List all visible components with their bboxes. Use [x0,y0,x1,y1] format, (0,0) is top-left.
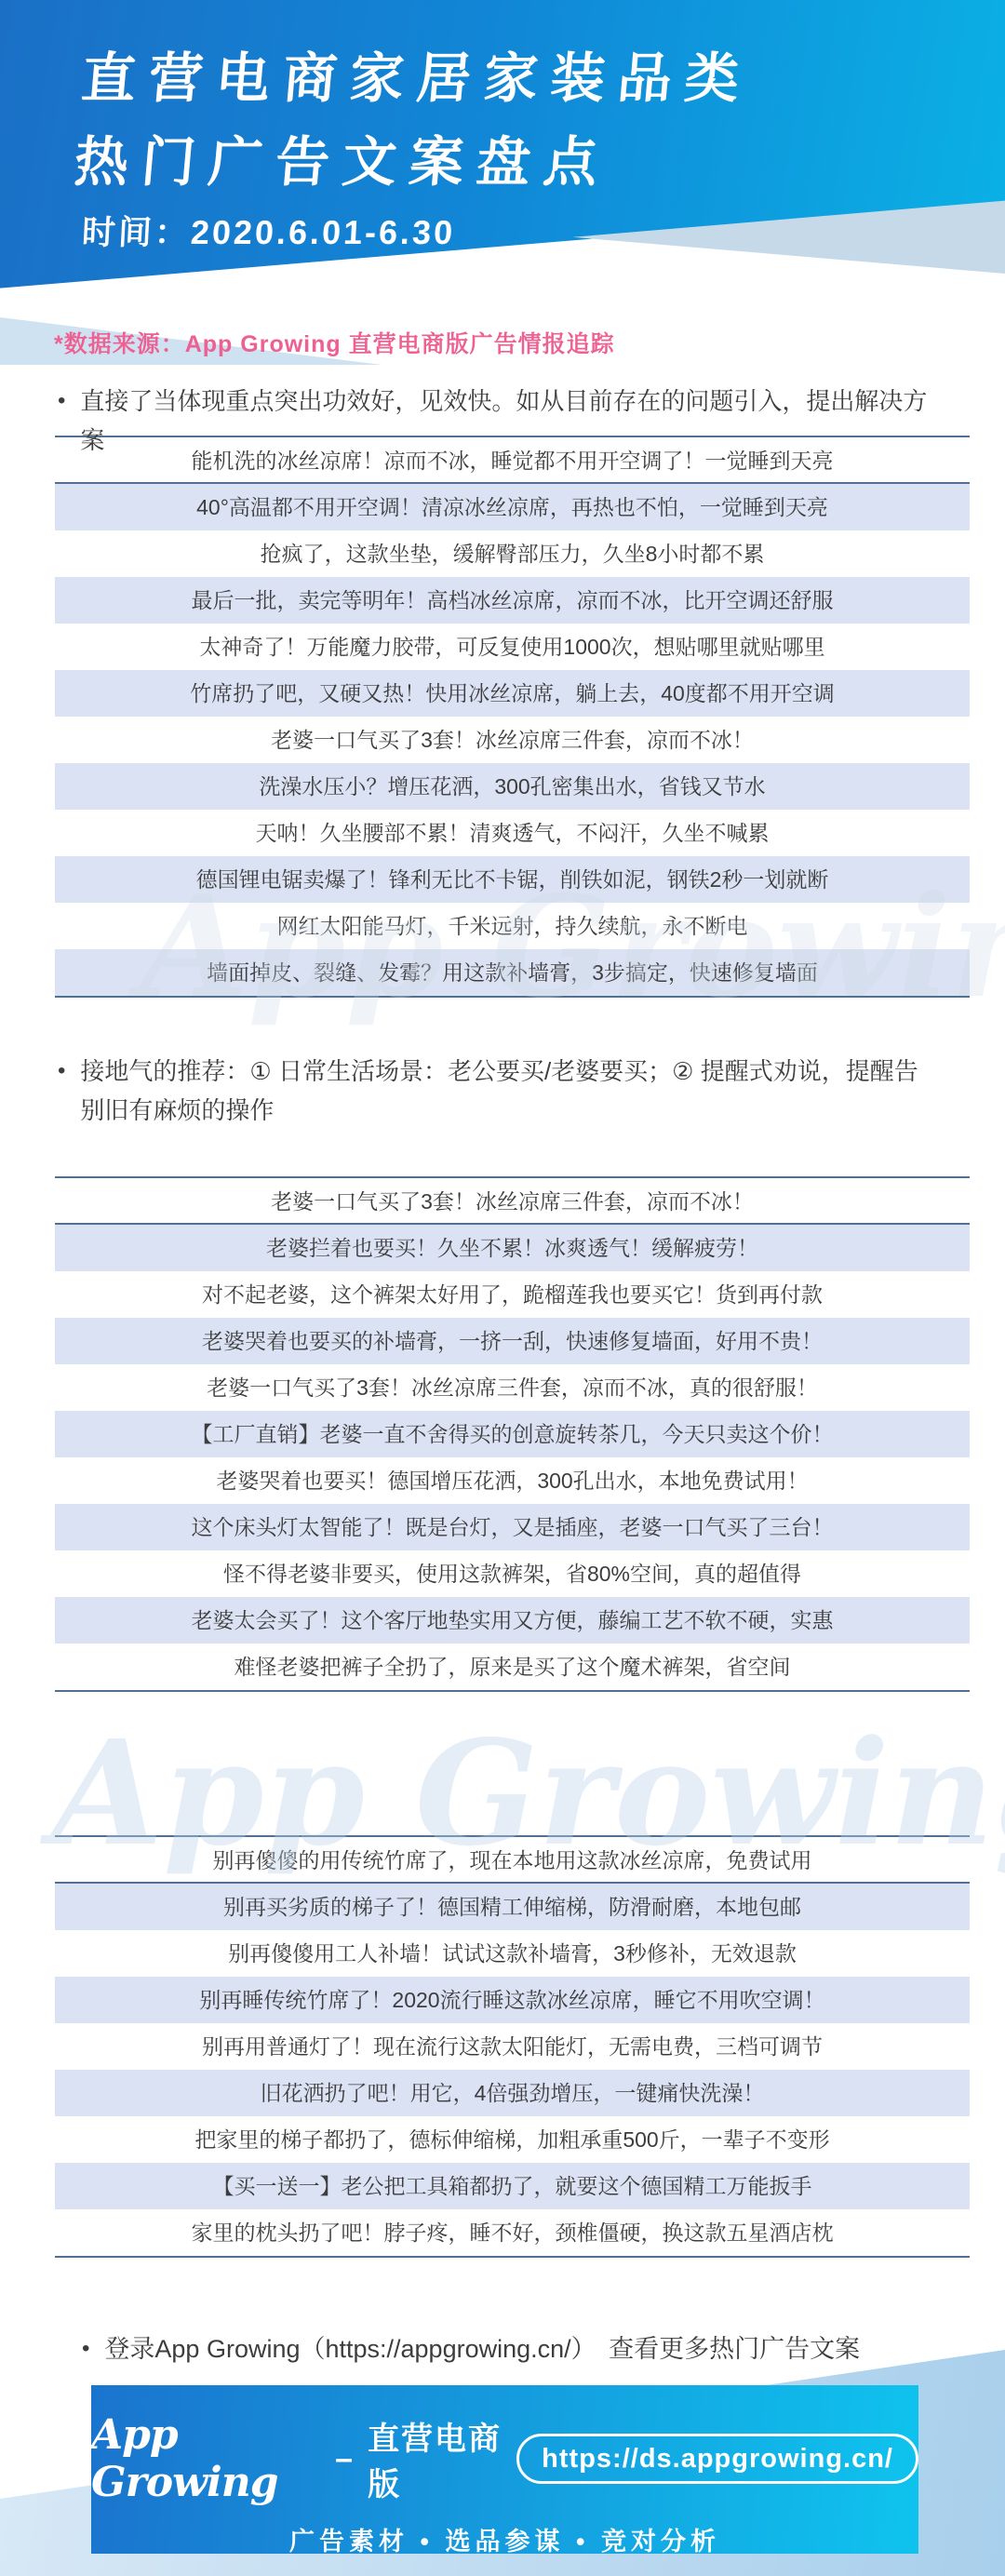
ad-copy-table-2: 老婆一口气买了3套！冰丝凉席三件套，凉而不冰！老婆拦着也要买！久坐不累！冰爽透气… [55,1176,970,1692]
bullet-dot-icon [58,1052,65,1130]
bullet-point-login-cta: 登录App Growing（https://appgrowing.cn/） 查看… [82,2329,957,2368]
app-growing-logo: App Growing [91,2411,320,2506]
poster-page: 直营电商家居家装品类 热门广告文案盘点 时间：2020.6.01-6.30 *数… [0,0,1005,2576]
table-row: 网红太阳能马灯，千米远射，持久续航，永不断电 [55,903,970,949]
table-row: 这个床头灯太智能了！既是台灯，又是插座，老婆一口气买了三台！ [55,1504,970,1550]
ad-copy-table-1: 能机洗的冰丝凉席！凉而不冰，睡觉都不用开空调了！一觉睡到天亮40°高温都不用开空… [55,436,970,998]
table-row: 老婆一口气买了3套！冰丝凉席三件套，凉而不冰！ [55,717,970,763]
date-range-label: 时间：2020.6.01-6.30 [81,215,456,250]
ad-copy-table-3: 别再傻傻的用传统竹席了，现在本地用这款冰丝凉席，免费试用别再买劣质的梯子了！德国… [55,1835,970,2258]
table-row: 老婆一口气买了3套！冰丝凉席三件套，凉而不冰，真的很舒服！ [55,1364,970,1411]
table-row: 把家里的梯子都扔了，德标伸缩梯，加粗承重500斤，一辈子不变形 [55,2116,970,2163]
table-row: 别再用普通灯了！现在流行这款太阳能灯，无需电费，三档可调节 [55,2023,970,2070]
footer-tagline: 广告素材 • 选品参谋 • 竞对分析 [289,2521,720,2557]
table-row: 洗澡水压小？增压花洒，300孔密集出水，省钱又节水 [55,763,970,810]
footer-brand-banner: App Growing – 直营电商版 https://ds.appgrowin… [91,2385,918,2554]
table-row: 太神奇了！万能魔力胶带，可反复使用1000次，想贴哪里就贴哪里 [55,624,970,670]
table-row: 最后一批，卖完等明年！高档冰丝凉席，凉而不冰，比开空调还舒服 [55,577,970,624]
table-row: 竹席扔了吧，又硬又热！快用冰丝凉席，躺上去，40度都不用开空调 [55,670,970,717]
table-row: 【买一送一】老公把工具箱都扔了，就要这个德国精工万能扳手 [55,2163,970,2209]
table-row: 老婆太会买了！这个客厅地垫实用又方便，藤编工艺不软不硬，实惠 [55,1597,970,1644]
bullet-dot-icon [82,2329,89,2368]
site-url-pill[interactable]: https://ds.appgrowing.cn/ [516,2434,918,2484]
table-row: 别再睡传统竹席了！2020流行睡这款冰丝凉席，睡它不用吹空调！ [55,1977,970,2023]
header-banner: 直营电商家居家装品类 热门广告文案盘点 时间：2020.6.01-6.30 [0,0,1005,365]
table-row: 别再傻傻的用传统竹席了，现在本地用这款冰丝凉席，免费试用 [55,1837,970,1884]
footer-banner-line1: App Growing – 直营电商版 https://ds.appgrowin… [91,2411,918,2506]
bullet-dot-icon [58,382,65,460]
table-row: 老婆哭着也要买的补墙膏，一挤一刮，快速修复墙面，好用不贵！ [55,1318,970,1364]
table-row: 抢疯了，这款坐垫，缓解臀部压力，久坐8小时都不累 [55,530,970,577]
table-row: 别再傻傻用工人补墙！试试这款补墙膏，3秒修补，无效退款 [55,1930,970,1977]
table-row: 40°高温都不用开空调！清凉冰丝凉席，再热也不怕，一觉睡到天亮 [55,484,970,530]
table-row: 别再买劣质的梯子了！德国精工伸缩梯，防滑耐磨，本地包邮 [55,1884,970,1930]
table-row: 老婆哭着也要买！德国增压花洒，300孔出水，本地免费试用！ [55,1457,970,1504]
table-row: 老婆拦着也要买！久坐不累！冰爽透气！缓解疲劳！ [55,1225,970,1271]
page-title-line2: 热门广告文案盘点 [71,121,748,205]
data-source-note: *数据来源：App Growing 直营电商版广告情报追踪 [54,331,615,357]
page-title: 直营电商家居家装品类 热门广告文案盘点 [71,37,756,205]
bullet-text: 登录App Growing（https://appgrowing.cn/） 查看… [104,2329,860,2368]
table-row: 天呐！久坐腰部不累！清爽透气，不闷汗，久坐不喊累 [55,810,970,856]
table-row: 旧花洒扔了吧！用它，4倍强劲增压，一键痛快洗澡！ [55,2070,970,2116]
table-row: 家里的枕头扔了吧！脖子疼，睡不好，颈椎僵硬，换这款五星酒店枕 [55,2209,970,2256]
table-row: 【工厂直销】老婆一直不舍得买的创意旋转茶几，今天只卖这个价！ [55,1411,970,1457]
table-row: 怪不得老婆非要买，使用这款裤架，省80%空间，真的超值得 [55,1550,970,1597]
bullet-text: 接地气的推荐：① 日常生活场景：老公要买/老婆要买；② 提醒式劝说，提醒告别旧有… [80,1052,937,1130]
bullet-text: 直接了当体现重点突出功效好，见效快。如从目前存在的问题引入，提出解决方案 [80,382,951,460]
bullet-point-relatable-recommend: 接地气的推荐：① 日常生活场景：老公要买/老婆要买；② 提醒式劝说，提醒告别旧有… [58,1052,937,1130]
table-row: 对不起老婆，这个裤架太好用了，跪榴莲我也要买它！货到再付款 [55,1271,970,1318]
page-title-line1: 直营电商家居家装品类 [78,37,756,121]
logo-separator: – [335,2441,353,2477]
table-row: 老婆一口气买了3套！冰丝凉席三件套，凉而不冰！ [55,1178,970,1225]
bullet-point-direct-benefit: 直接了当体现重点突出功效好，见效快。如从目前存在的问题引入，提出解决方案 [58,382,951,460]
table-row: 难怪老婆把裤子全扔了，原来是买了这个魔术裤架，省空间 [55,1644,970,1690]
edition-label: 直营电商版 [368,2413,502,2504]
table-row: 德国锂电锯卖爆了！锋利无比不卡锯，削铁如泥，钢铁2秒一划就断 [55,856,970,903]
table-row: 墙面掉皮、裂缝、发霉？用这款补墙膏，3步搞定，快速修复墙面 [55,949,970,996]
